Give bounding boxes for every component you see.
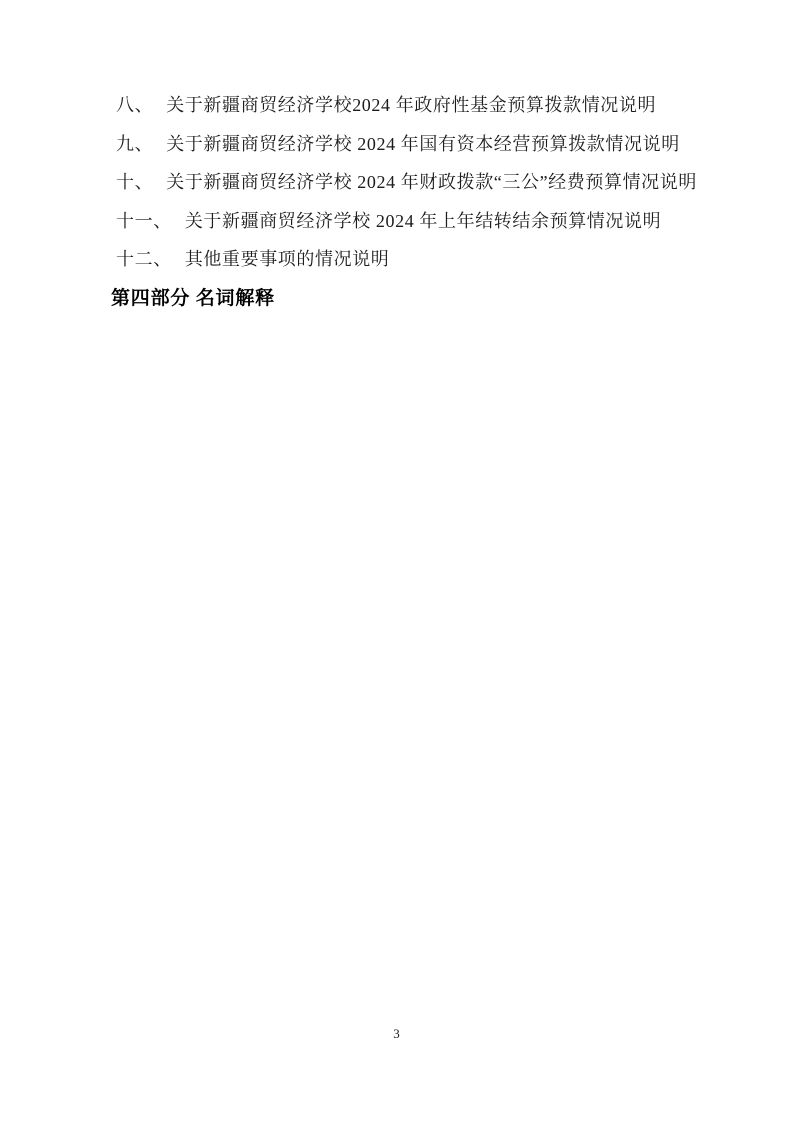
toc-item-number: 十、 xyxy=(116,168,153,194)
toc-item-text: 关于新疆商贸经济学校2024 年政府性基金预算拨款情况说明 xyxy=(166,91,656,117)
toc-item: 十一、 关于新疆商贸经济学校 2024 年上年结转结余预算情况说明 xyxy=(116,201,738,240)
toc-item-text: 关于新疆商贸经济学校 2024 年上年结转结余预算情况说明 xyxy=(185,207,661,233)
toc-item-text: 关于新疆商贸经济学校 2024 年财政拨款“三公”经费预算情况说明 xyxy=(166,168,697,194)
section-heading: 第四部分 名词解释 xyxy=(111,278,738,317)
toc-item-number: 十一、 xyxy=(116,207,172,233)
page-number: 3 xyxy=(0,1026,793,1042)
toc-item: 十二、 其他重要事项的情况说明 xyxy=(116,239,738,278)
toc-item-number: 八、 xyxy=(116,91,153,117)
toc-item-text: 关于新疆商贸经济学校 2024 年国有资本经营预算拨款情况说明 xyxy=(166,130,680,156)
toc-item-number: 十二、 xyxy=(116,245,172,271)
toc-item: 九、 关于新疆商贸经济学校 2024 年国有资本经营预算拨款情况说明 xyxy=(116,124,738,163)
document-page: 八、 关于新疆商贸经济学校2024 年政府性基金预算拨款情况说明 九、 关于新疆… xyxy=(0,0,793,1122)
toc-item-text: 其他重要事项的情况说明 xyxy=(185,245,390,271)
toc-item: 十、 关于新疆商贸经济学校 2024 年财政拨款“三公”经费预算情况说明 xyxy=(116,162,738,201)
toc-content: 八、 关于新疆商贸经济学校2024 年政府性基金预算拨款情况说明 九、 关于新疆… xyxy=(116,85,738,316)
toc-item-number: 九、 xyxy=(116,130,153,156)
toc-item: 八、 关于新疆商贸经济学校2024 年政府性基金预算拨款情况说明 xyxy=(116,85,738,124)
